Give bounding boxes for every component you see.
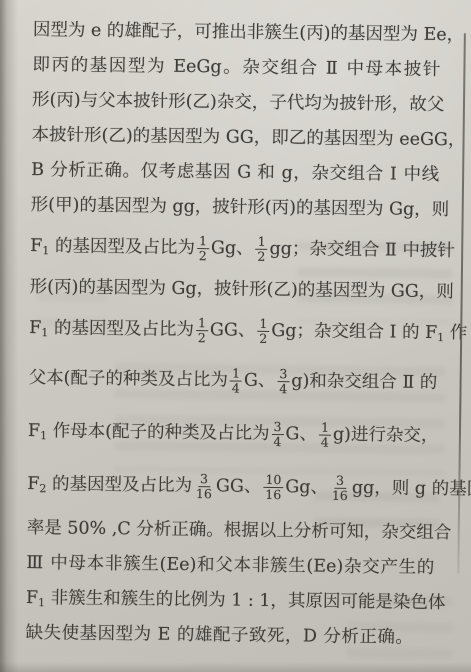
text-block: 因型为 e 的雄配子，可推出非簇生(丙)的基因型为 Ee，即丙的基因型为 EeG… xyxy=(25,13,441,656)
subscript: 1 xyxy=(40,429,47,442)
text-line: 本披针形(乙)的基因型为 GG，即乙的基因型为 eeGG， xyxy=(31,118,439,158)
text-line: F1 的基因型及占比为12Gg、12gg；杂交组合 Ⅱ 中披针 xyxy=(30,223,439,275)
text-line: 即丙的基因型为 EeGg。杂交组合 Ⅱ 中母本披针 xyxy=(32,48,440,88)
fraction: 316 xyxy=(194,472,214,501)
text-line: F1 作母本(配子的种类及占比为34G、14g)进行杂交， xyxy=(28,405,437,463)
fraction: 1016 xyxy=(263,473,283,502)
fraction: 14 xyxy=(319,421,331,450)
text-line: 形(丙)的基因型为 Gg，披针形(乙)的基因型为 GG，则 xyxy=(30,270,438,310)
subscript: 2 xyxy=(39,482,46,495)
subscript: 1 xyxy=(437,331,444,344)
fraction: 12 xyxy=(257,317,269,346)
text-line: 形(丙)与父本披针形(乙)杂交，子代均为披针形，故父 xyxy=(32,83,440,123)
page-content-wrapper: 因型为 e 的雄配子，可推出非簇生(丙)的基因型为 Ee，即丙的基因型为 EeG… xyxy=(0,0,471,672)
text-line: F1 非簇生和簇生的比例为 1 : 1，其原因可能是染色体 xyxy=(26,581,434,621)
text-line: Ⅲ 中母本非簇生(Ee)和父本非簇生(Ee)杂交产生的 xyxy=(26,546,434,586)
text-line: F1 的基因型及占比为12GG、12Gg；杂交组合 Ⅰ 的 F1 作 xyxy=(29,305,438,357)
fraction: 34 xyxy=(277,367,289,396)
text-line: 因型为 e 的雄配子，可推出非簇生(丙)的基因型为 Ee， xyxy=(33,13,441,53)
text-line: 缺失使基因型为 E 的雄配子致死，D 分析正确。 xyxy=(25,616,433,656)
text-line: 父本(配子的种类及占比为14G、34g)和杂交组合 Ⅱ 的 xyxy=(28,352,437,410)
fraction: 14 xyxy=(230,366,242,395)
fraction: 12 xyxy=(255,235,267,264)
text-line: 形(甲)的基因型为 gg，披针形(丙)的基因型为 Gg，则 xyxy=(31,188,439,228)
text-line: F2 的基因型及占比为316GG、1016Gg、316gg，则 g 的基因频 xyxy=(27,458,436,516)
text-line: B 分析正确。仅考虑基因 G 和 g，杂交组合 Ⅰ 中线 xyxy=(31,153,439,193)
subscript: 1 xyxy=(41,326,48,339)
fraction: 316 xyxy=(330,474,350,503)
subscript: 1 xyxy=(38,596,45,609)
text-line: 率是 50% ,C 分析正确。根据以上分析可知，杂交组合 xyxy=(27,511,435,551)
fraction: 12 xyxy=(197,234,209,263)
fraction: 12 xyxy=(196,316,208,345)
scanned-page: 因型为 e 的雄配子，可推出非簇生(丙)的基因型为 Ee，即丙的基因型为 EeG… xyxy=(0,0,471,672)
subscript: 1 xyxy=(42,244,49,257)
fraction: 34 xyxy=(271,420,283,449)
